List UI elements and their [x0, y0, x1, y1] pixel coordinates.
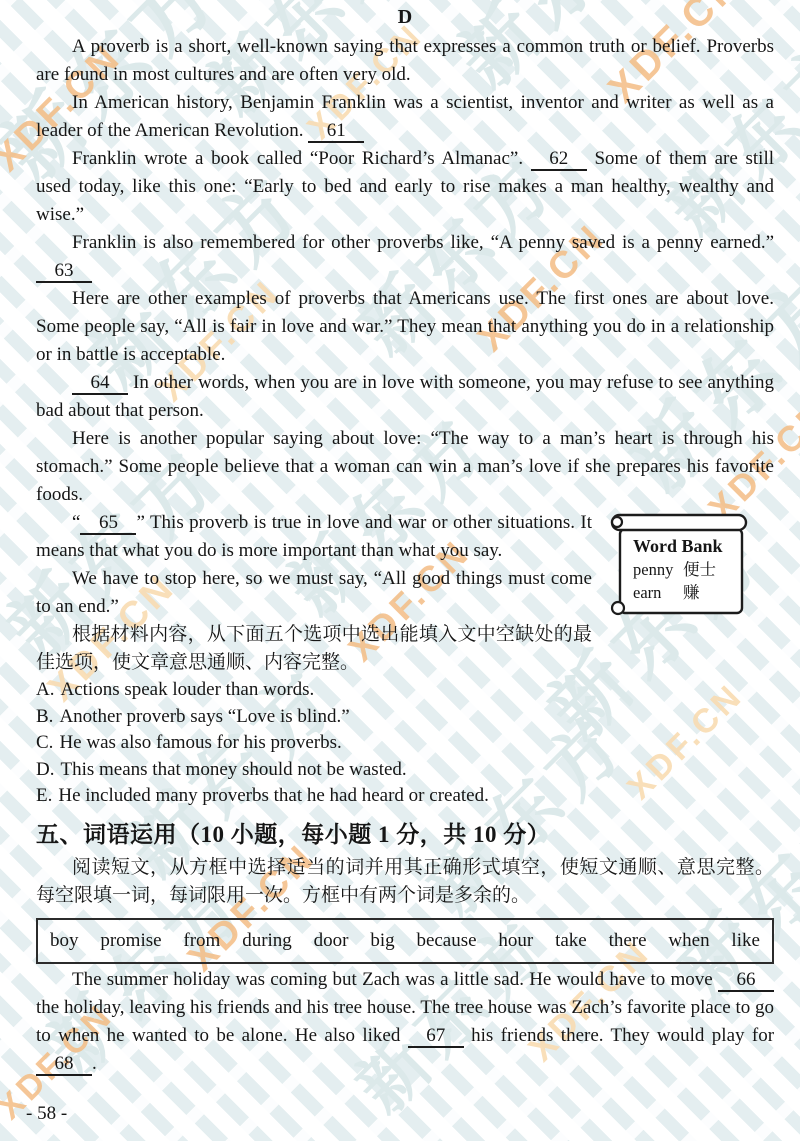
word-bank-meaning: 便士 [683, 560, 716, 579]
option-text: He was also famous for his proverbs. [59, 732, 341, 753]
paragraph-7: Here is another popular saying about lov… [36, 425, 774, 509]
word-bank-word: penny [633, 558, 683, 581]
word-bank-title: Word Bank [633, 534, 723, 558]
word-box-item: take [555, 929, 587, 953]
blank-61: 61 [308, 120, 364, 143]
word-bank-meaning: 赚 [683, 583, 700, 602]
instruction-text: 根据材料内容，从下面五个选项中选出能填入文中空缺处的最佳选项，使文章意思通顺、内… [36, 624, 592, 673]
word-bank-entry: penny便士 [633, 558, 723, 581]
option-label: E. [36, 785, 52, 806]
word-box-item: because [416, 929, 476, 953]
blank-66: 66 [718, 969, 774, 992]
word-bank-entry: earn赚 [633, 581, 723, 604]
blank-67: 67 [408, 1025, 464, 1048]
paragraph-text: Here are other examples of proverbs that… [36, 288, 774, 365]
paragraph-3: Franklin wrote a book called “Poor Richa… [36, 145, 774, 229]
blank-65: 65 [80, 512, 136, 535]
paragraph-text: . [92, 1053, 97, 1074]
word-box-item: from [183, 929, 220, 953]
blank-68: 68 [36, 1053, 92, 1076]
word-box-item: when [668, 929, 709, 953]
paragraph-2: In American history, Benjamin Franklin w… [36, 89, 774, 145]
word-choice-box: boy promise from during door big because… [36, 918, 774, 964]
open-quote: “ [72, 512, 80, 533]
word-bank: Word Bank penny便士 earn赚 [608, 511, 750, 619]
paragraph-1: A proverb is a short, well-known saying … [36, 33, 774, 89]
instruction-cn-5: 阅读短文，从方框中选择适当的词并用其正确形式填空，使短文通顺、意思完整。每空限填… [36, 854, 774, 910]
paragraph-6: 64 In other words, when you are in love … [36, 369, 774, 425]
section-5-passage: The summer holiday was coming but Zach w… [36, 966, 774, 1078]
option-text: He included many proverbs that he had he… [58, 785, 489, 806]
page-content: D A proverb is a short, well-known sayin… [0, 0, 800, 1141]
section-5-heading: 五、词语运用（10 小题，每小题 1 分，共 10 分） [36, 820, 774, 850]
paragraph-text: his friends there. They would play for [471, 1025, 774, 1046]
paragraph-text: Franklin wrote a book called “Poor Richa… [72, 148, 523, 169]
option-label: A. [36, 679, 54, 700]
close-quote: ” [136, 512, 144, 533]
word-box-item: during [242, 929, 292, 953]
paragraph-5: Here are other examples of proverbs that… [36, 285, 774, 369]
word-box-item: big [370, 929, 394, 953]
paragraph-text: Here is another popular saying about lov… [36, 428, 774, 505]
paragraph-text: The summer holiday was coming but Zach w… [72, 969, 713, 990]
blank-63: 63 [36, 260, 92, 283]
instruction-text: 阅读短文，从方框中选择适当的词并用其正确形式填空，使短文通顺、意思完整。每空限填… [36, 857, 774, 906]
paragraph-text: In American history, Benjamin Franklin w… [36, 92, 774, 141]
paragraph-text: In other words, when you are in love wit… [36, 372, 774, 421]
page-number: - 58 - [26, 1103, 67, 1125]
blank-62: 62 [531, 148, 587, 171]
option-text: This means that money should not be wast… [60, 759, 406, 780]
option-label: D. [36, 759, 54, 780]
paragraph-text: We have to stop here, so we must say, “A… [36, 568, 592, 617]
option-label: B. [36, 706, 53, 727]
option-label: C. [36, 732, 53, 753]
word-box-item: there [609, 929, 647, 953]
option-a: A.Actions speak louder than words. [36, 677, 774, 704]
option-e: E.He included many proverbs that he had … [36, 783, 774, 810]
paragraph-4: Franklin is also remembered for other pr… [36, 229, 774, 285]
option-b: B.Another proverb says “Love is blind.” [36, 704, 774, 731]
word-box-item: like [731, 929, 760, 953]
word-bank-word: earn [633, 581, 683, 604]
blank-64: 64 [72, 372, 128, 395]
word-box-item: boy [50, 929, 79, 953]
option-d: D.This means that money should not be wa… [36, 757, 774, 784]
word-box-item: door [314, 929, 349, 953]
word-box-item: promise [100, 929, 161, 953]
passage-letter: D [36, 6, 774, 28]
paragraph-text: A proverb is a short, well-known saying … [36, 36, 774, 85]
option-text: Actions speak louder than words. [60, 679, 314, 700]
paragraph-text: Franklin is also remembered for other pr… [72, 232, 774, 253]
option-c: C.He was also famous for his proverbs. [36, 730, 774, 757]
instruction-cn-d: 根据材料内容，从下面五个选项中选出能填入文中空缺处的最佳选项，使文章意思通顺、内… [36, 621, 774, 677]
word-bank-content: Word Bank penny便士 earn赚 [633, 534, 723, 604]
option-text: Another proverb says “Love is blind.” [59, 706, 349, 727]
word-box-item: hour [498, 929, 533, 953]
